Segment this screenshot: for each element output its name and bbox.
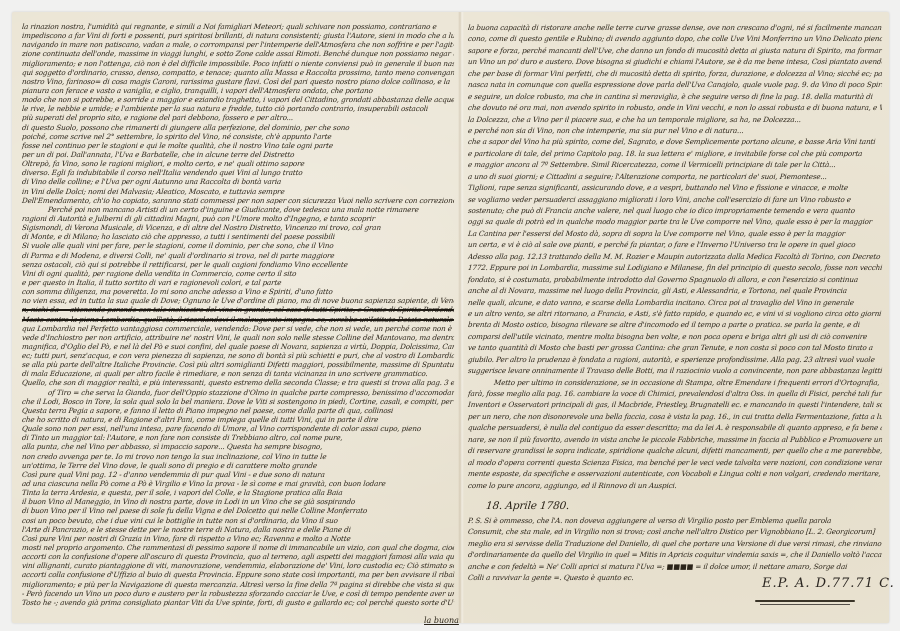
manuscript-line: che dovuto né ora mai, non avendo spirit…: [467, 102, 882, 113]
manuscript-line: no vien essa, ed in tutta la sua quale d…: [22, 296, 455, 305]
manuscript-line: la rinazion nostra, l'umidità qui regnan…: [22, 22, 455, 31]
manuscript-line: d'ordinariamente da quello del Virgilio …: [467, 549, 882, 560]
postscript: P. S. Si è ommesso, che l'A. non doveva …: [468, 515, 882, 584]
manuscript-line: giubilo. Per altro la prudenza è fondata…: [467, 354, 882, 365]
manuscript-line: Consumit, che sta male, ed in Virgilio n…: [467, 526, 882, 537]
manuscript-line: oggi sa quale di potrà ed in qualche mod…: [467, 216, 882, 227]
manuscript-line: Adesso alla pag. 12.13 trattando della M…: [467, 251, 882, 262]
manuscript-line: un certa, e vi è ciò al sale ove pianti,…: [467, 239, 882, 250]
manuscript-line: poiché, come scrive nel 2° settembre, lo…: [22, 132, 455, 141]
manuscript-line: Tinta la terra Ardesia, e questa, per il…: [22, 488, 455, 497]
manuscript-line: miglioramento; e non l'ottenga, ciò non …: [22, 59, 455, 68]
manuscript-line: nasca nata in comunque con quella espres…: [467, 79, 882, 90]
manuscript-line: Questa terra Pegia a sapore, e fanno il …: [22, 406, 455, 415]
manuscript-line: ad una ciascuna nella Pò come a Pò è Vir…: [22, 479, 455, 488]
manuscript-line: ec; tutti puri, senz'acqua, e con vera p…: [22, 351, 455, 360]
manuscript-line: per un di poi. Dall'annata, l'Uva e Barb…: [22, 150, 455, 159]
manuscript-line: che il Lodi, Bosco in Tore, la sola qual…: [22, 397, 455, 406]
manuscript-line: zione continuata dell'onde, massime in v…: [22, 49, 455, 58]
manuscript-line: l'Arte di Pancrazio, e le stesse dette p…: [22, 525, 455, 534]
manuscript-line: di Vino delle colline; e l'Uva per ogni …: [22, 177, 455, 186]
manuscript-line: al modo d'opera correnti questa Scienza …: [467, 457, 882, 468]
manuscript-line: ragioni di Autorità e Julberni di gli ci…: [22, 214, 455, 223]
manuscript-line: comparsi dell'utile vicinato, mentre mol…: [467, 331, 882, 342]
manuscript-line: cono, come di questo gentile e Rubino; d…: [467, 33, 882, 44]
manuscript-line: P. S. Si è ommesso, che l'A. non doveva …: [467, 515, 882, 526]
manuscript-line: magnifica, d'Oglio del Pò, e nel là del …: [22, 342, 455, 351]
manuscript-line: meglio era si servisse della Traduzione …: [467, 538, 882, 549]
manuscript-line: Inventori e Osservatori principali di ga…: [467, 399, 882, 410]
manuscript-line: nelle quali, alcune, e dato vanno, e sca…: [467, 297, 882, 308]
manuscript-line: di buon Vino per il Vino nel paese di so…: [22, 506, 455, 515]
manuscript-line: accorti con la confusione d'opere all'os…: [22, 552, 455, 561]
letter-date: 18. Aprile 1780.: [467, 497, 883, 515]
manuscript-line: cosi un poco bevuto, che i due vini cui …: [22, 516, 455, 525]
manuscript-line: se vogliamo veder persuaderci assaggiano…: [467, 194, 882, 205]
manuscript-line: - Però facendo un Vino un poco duro e au…: [22, 589, 455, 598]
manuscript-line: Metto per ultimo in considerazione, se i…: [467, 377, 882, 388]
manuscript-line: che ho scritto di natura, e di Ragione d…: [22, 415, 455, 424]
manuscript-line: di questo Suolo, possono che rimanerti d…: [22, 123, 455, 132]
left-page: la rinazion nostra, l'umidità qui regnan…: [22, 22, 454, 607]
manuscript-line: anche al di Novara, massime nel luogo de…: [467, 285, 882, 296]
manuscript-line: Quello, che son di maggior realtà, e più…: [22, 378, 455, 387]
manuscript-line: a uno di suoi giorni; e Cittadini a segu…: [467, 171, 882, 182]
signature-underline-secondary: [760, 604, 850, 605]
manuscript-line: La Cantina per l'essersi del Mosto dà, s…: [467, 228, 882, 239]
manuscript-line: e per questo in Italia, il tutto sortito…: [22, 278, 455, 287]
manuscript-line: Tosto he -; avendo già prima consigliato…: [22, 598, 455, 607]
manuscript-line: 1772. Eppure poi in Lombardia, massime s…: [467, 262, 882, 273]
manuscript-line: Tiglioni, rape senza significanti, assic…: [467, 182, 882, 193]
manuscript-line: anche e con fedeltà = Ne' Colli aprici s…: [467, 561, 882, 572]
manuscript-line: qualche persuadersi, è nulla del contigu…: [467, 422, 882, 433]
manuscript-line: impediscono a far Vini di forti e possen…: [22, 31, 455, 40]
manuscript-line: fosse nel continuo per le stagioni e qui…: [22, 141, 455, 150]
manuscript-line: e perché non sia di Vino, non che intemp…: [467, 125, 882, 136]
manuscript-line: Oltrepò, fa Vino, sono le ragioni miglio…: [22, 159, 455, 168]
manuscript-line: modo che non si potrebbe, e sorride a ma…: [22, 95, 455, 104]
manuscript-line: in Vini delle Dolci; nomi dei Malvasia; …: [22, 187, 455, 196]
manuscript-line: come lo pure ancora, aggiungo, ed il Rin…: [467, 480, 882, 491]
manuscript-line: Vini di ogni qualità, per ragione della …: [22, 269, 455, 278]
right-page: la buona capacità di ristorare anche nel…: [468, 22, 882, 584]
manuscript-line: di reservare grandissi le sopra indicate…: [467, 445, 882, 456]
manuscript-line: mente esposte, da specifiche e osservazi…: [467, 468, 882, 479]
manuscript-line: e seguire, un dolce robusto, ma che in c…: [467, 91, 882, 102]
manuscript-line: e maggior ancora al 7º Settembre. Simil …: [467, 159, 882, 170]
manuscript-line: e un altro vento, se altri ritornano, a …: [467, 308, 882, 319]
signature: E.P. A. D.77.71 C.: [762, 576, 895, 591]
manuscript-line: qua Lombardia nel Perfetto vantaggiosa c…: [22, 324, 455, 333]
manuscript-line: di Parma e di Modena, e diversi Colli, n…: [22, 251, 455, 260]
page-fold: [458, 12, 464, 623]
manuscript-line: ve tanto quantità di Mosto che basti per…: [467, 342, 882, 353]
manuscript-line: la buona capacità di ristorare anche nel…: [467, 22, 882, 33]
manuscript-line: Mosto contro la piena Lombardia, quell'e…: [22, 315, 455, 324]
manuscript-line: più superati del proprio sito, e ragione…: [22, 113, 455, 122]
manuscript-line: accorti colla confusione d'Uffizio al bu…: [22, 570, 455, 579]
manuscript-line: Si vuole alle quali vini per fare, per l…: [22, 241, 455, 250]
manuscript-sheet: la rinazion nostra, l'umidità qui regnan…: [12, 12, 889, 623]
manuscript-line: e particolare di tale, del primo Capitol…: [467, 148, 882, 159]
manuscript-line: fondato, si è costumata, probabilmente i…: [467, 274, 882, 285]
manuscript-line: Quale sono non per essi, nell'una intesa…: [22, 424, 455, 433]
signature-underline: [755, 600, 855, 602]
manuscript-line: sapore e forza, perché mancanti dell'Uve…: [467, 45, 882, 56]
manuscript-line: n; nichi da --- attenendo parando con ta…: [22, 305, 455, 314]
manuscript-line: la Dolcezza, che a Vino per il piacere s…: [467, 114, 882, 125]
manuscript-line: Dell'Emendamento, ch'io ho copiato, sara…: [22, 196, 455, 205]
manuscript-line: un'ottima, le Terre del Vino dove, le qu…: [22, 461, 455, 470]
manuscript-line: che per base di formar Vini perfetti, ch…: [467, 68, 882, 79]
manuscript-line: pianura con ferace e vasto a vaniglia, e…: [22, 86, 455, 95]
manuscript-line: Così pure qual Vini pag. 12 - d'anno ven…: [22, 470, 455, 479]
manuscript-line: suggerisce levare onninamente il Travaso…: [467, 365, 882, 376]
manuscript-line: qui soggetto d'ordinario, crasso, denso,…: [22, 68, 455, 77]
manuscript-line: brenta di Mosto ostico, bisogna rilevare…: [467, 319, 882, 330]
manuscript-line: vede d'Inchiostro per non artificio, att…: [22, 333, 455, 342]
manuscript-line: senza ostacoli, ciò qui si potrebbe il r…: [22, 260, 455, 269]
manuscript-line: per un nero, che non disonorevole una be…: [467, 411, 882, 422]
manuscript-line: mosti nel proprio argomento. Che ramment…: [22, 543, 455, 552]
manuscript-line: che a sapor del Vino ha più spirito, com…: [467, 136, 882, 147]
manuscript-line: con somma diligenza, ma poveretta. Io mi…: [22, 287, 455, 296]
manuscript-line: Così pure Vini per nostri di Grazia in V…: [22, 534, 455, 543]
manuscript-line: nare, se non il più favorito, avendo in …: [467, 434, 882, 445]
manuscript-line: sostenuto; che può di Francia anche vale…: [467, 205, 882, 216]
manuscript-line: miglioramento; e più per la Navigazione …: [22, 580, 455, 589]
manuscript-line: alla punta, che nel Vino per abbasso, sì…: [22, 442, 455, 451]
catchword: la buona: [424, 616, 459, 625]
manuscript-line: Perché poi non mancano Artisti di un cer…: [22, 205, 455, 214]
manuscript-line: di Monte, e di Milano; ho lasciato ciò c…: [22, 232, 455, 241]
right-page-body: la buona capacità di ristorare anche nel…: [468, 22, 882, 491]
manuscript-line: un Vino un po' duro e austero. Dove biso…: [467, 56, 882, 67]
manuscript-line: non credo avvenga per te. Io mi trovo no…: [22, 452, 455, 461]
manuscript-line: Sigismondi, di Verona Musicale, di Vicen…: [22, 223, 455, 232]
manuscript-line: se alla più parte dell'altre Italiche Pr…: [22, 360, 455, 369]
manuscript-line: farà, fosse meglio alla pag. 16. cambiar…: [467, 388, 882, 399]
manuscript-line: of Tiro = che serva la Gianda, fuor dell…: [22, 388, 455, 397]
manuscript-line: nostro Vino, farinoso= di cosa magis Car…: [22, 77, 455, 86]
